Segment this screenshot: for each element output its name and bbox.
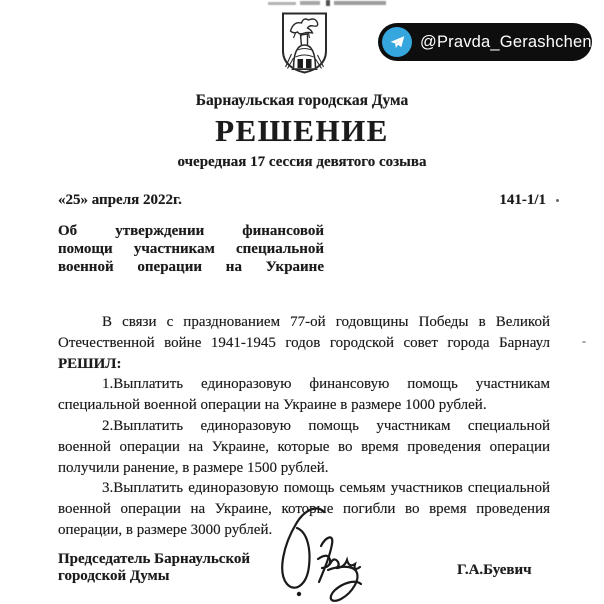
barnaul-coat-of-arms-icon (281, 12, 328, 74)
resolution-item: 1.Выплатить единоразовую финансовую помо… (58, 374, 550, 416)
intro-paragraph: В связи с празднованием 77-ой годовщины … (58, 312, 550, 354)
handwritten-signature (264, 506, 364, 604)
watermark-handle-text: @Pravda_Gerashchenko (420, 33, 604, 52)
organization-name: Барнаульская городская Дума (0, 92, 604, 110)
telegram-watermark-badge: @Pravda_Gerashchenko (378, 23, 592, 61)
subject-block: Об утверждении финансовой помощи участни… (58, 222, 324, 276)
cropped-header-text-fragment (268, 0, 392, 6)
resolution-item: 2.Выплатить единоразовую помощь участник… (58, 416, 550, 478)
scan-speck (582, 341, 586, 343)
telegram-paper-plane-icon (382, 27, 412, 57)
document-date: «25» апреля 2022г. (58, 192, 182, 209)
signatory-name: Г.А.Буевич (457, 562, 532, 579)
subject-line: военной операции на Украине (58, 258, 324, 276)
document-type-title: РЕШЕНИЕ (0, 113, 604, 149)
session-subtitle: очередная 17 сессия девятого созыва (0, 154, 604, 171)
scanned-document-page: @Pravda_Gerashchenko Барнаульская городс… (0, 0, 604, 604)
scan-speck (104, 534, 107, 536)
scan-speck (556, 199, 559, 202)
resolved-label: РЕШИЛ: (58, 354, 550, 375)
subject-line: Об утверждении финансовой (58, 222, 324, 240)
document-number: 141-1/1 (499, 192, 546, 209)
subject-line: помощи участникам специальной (58, 240, 324, 258)
